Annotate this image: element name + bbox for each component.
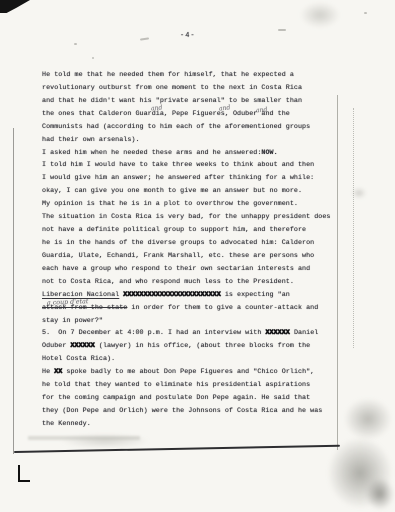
text-segment: and that he didn't want his "private ars… [42,97,302,105]
page-edge-bottom [14,445,340,453]
typed-line: for the coming campaign and postulate Do… [42,392,342,405]
typed-line: had their own arsenals). [42,134,342,147]
text-segment: Communists had (according to him each of… [42,123,310,131]
typed-text-block: He told me that he needed them for himse… [42,69,342,431]
typed-line: he told that they wanted to eliminate hi… [42,379,342,392]
typed-line: Hotel Costa Rica). [42,353,342,366]
text-segment: NOW. [261,149,277,157]
typed-line: stay in power?" [42,315,342,328]
typed-line: not have a definite political group to s… [42,224,342,237]
photocopy-speck [92,57,94,59]
perforation-dots [353,108,354,348]
page-number: -4- [180,32,196,40]
handwritten-insertion: and [219,104,231,112]
corner-registration-mark [18,465,30,482]
text-segment: not to Costa Rica, and who respond much … [42,278,294,286]
typed-line: 5. On 7 December at 4:00 p.m. I had an i… [42,327,342,340]
text-segment: He [42,368,54,376]
typed-line: My opinion is that he is in a plot to ov… [42,198,342,211]
typed-line: the ones that Calderon Guardia, Pepe Fig… [42,108,342,121]
typed-line: revolutionary outburst from one moment t… [42,82,342,95]
text-segment: they (Don Pepe and Orlich) were the John… [42,407,322,415]
redacted-text: XXXXXX [70,342,94,350]
text-segment: he told that they wanted to eliminate hi… [42,381,310,389]
text-segment: Guardia, Ulate, Echandi, Frank Marshall,… [42,252,314,260]
text-segment: he is in the hands of the diverse groups… [42,239,314,247]
text-segment: (lawyer) in his office, (about three blo… [95,342,310,350]
typed-line: not to Costa Rica, and who respond much … [42,276,342,289]
photocopy-speck [364,12,367,14]
photocopy-speck [74,43,77,45]
text-segment: The situation in Costa Rica is very bad,… [42,213,330,221]
text-segment: not have a definite political group to s… [42,226,306,234]
photocopy-speck [140,37,149,40]
text-segment: the Kennedy. [42,420,91,428]
typed-line: Communists had (according to him each of… [42,121,342,134]
text-segment: each have a group who respond to their o… [42,265,310,273]
typed-line: they (Don Pepe and Orlich) were the John… [42,405,342,418]
photocopy-artifact [300,2,340,28]
corner-fold-mark [0,0,30,13]
text-segment: okay, I can give you one month to give m… [42,187,302,195]
text-segment: is expecting "an [221,291,290,299]
typed-line: He XX spoke badly to me about Don Pepe F… [42,366,342,379]
text-segment: the ones that Calderon Guardia, Pepe Fig… [42,110,290,118]
typed-line: I told him I would have to take three we… [42,159,342,172]
text-segment: Liberacion Nacional [42,291,119,299]
typed-line: I asked him when he needed these arms an… [42,147,342,160]
typed-line: okay, I can give you one month to give m… [42,185,342,198]
typed-line: each have a group who respond to their o… [42,263,342,276]
text-segment: in order for them to give a counter-atta… [127,304,318,312]
handwritten-insertion: and [256,107,268,115]
typed-line: I would give him an answer; he answered … [42,172,342,185]
handwritten-correction: a coup d'etat [47,298,89,306]
scanned-page: -4- He told me that he needed them for h… [0,0,395,512]
text-segment: revolutionary outburst from one moment t… [42,84,302,92]
typed-line: He told me that he needed them for himse… [42,69,342,82]
text-segment: I told him I would have to take three we… [42,161,314,169]
photocopy-artifact [366,478,394,510]
photocopy-artifact [352,188,366,198]
redacted-text: XXXXXXXXXXXXXXXXXXXXXXXX [123,291,221,299]
text-segment: I asked him when he needed these arms an… [42,149,261,157]
text-segment: 5. On 7 December at 4:00 p.m. I had an i… [42,329,265,337]
text-segment: Oduber [42,342,70,350]
photocopy-speck [278,29,286,31]
page-edge-left [13,128,14,454]
text-segment: Daniel [290,329,318,337]
text-segment: for the coming campaign and postulate Do… [42,394,310,402]
typed-line: the Kennedy. [42,418,342,431]
text-segment: stay in power?" [42,317,103,325]
typed-line: Oduber XXXXXX (lawyer) in his office, (a… [42,340,342,353]
text-segment: My opinion is that he is in a plot to ov… [42,200,298,208]
photocopy-artifact [60,434,150,448]
text-segment: Hotel Costa Rica). [42,355,115,363]
typed-line: The situation in Costa Rica is very bad,… [42,211,342,224]
typed-line: Guardia, Ulate, Echandi, Frank Marshall,… [42,250,342,263]
handwritten-insertion: and [151,105,163,113]
redacted-text: XXXXXX [265,329,289,337]
text-segment: had their own arsenals). [42,136,140,144]
text-segment: spoke badly to me about Don Pepe Figuere… [62,368,314,376]
photocopy-artifact [344,398,392,440]
typed-line: he is in the hands of the diverse groups… [42,237,342,250]
text-segment: He told me that he needed them for himse… [42,71,294,79]
text-segment: I would give him an answer; he answered … [42,174,314,182]
typed-line: and that he didn't want his "private ars… [42,95,342,108]
